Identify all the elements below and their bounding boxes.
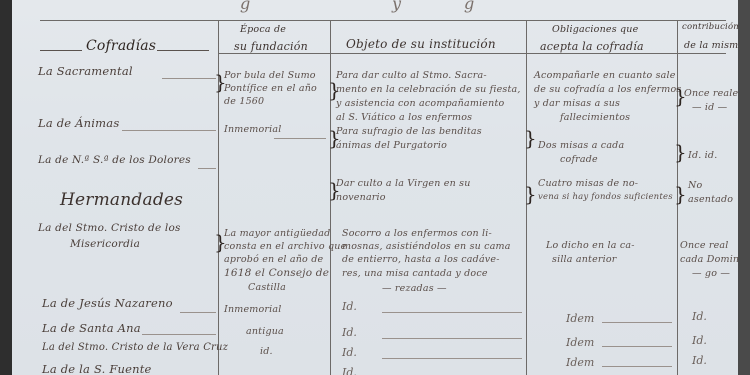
row4-contribucion-line1: Once real [680,240,729,251]
row7-objeto: Id. [342,346,357,359]
row1-obligaciones-line4: fallecimientos [560,112,630,123]
column-header-obligaciones-line1: Obligaciones que [552,24,638,35]
row4-objeto-line1: Socorro a los enfermos con li- [342,228,492,239]
row2-obligaciones-line2: cofrade [560,154,598,165]
header-flourish-left [40,50,82,51]
row6-epoca: antigua [246,326,284,337]
row1-objeto-line3: y asistencia con acompañamiento [336,98,504,109]
row1-obligaciones-line1: Acompañarle en cuanto sale [534,70,676,81]
column-header-contribucion-line2: de la misma [684,40,738,51]
fill-dash [198,168,216,169]
row3-objeto-line1: Dar culto a la Virgen en su [336,178,471,189]
header-bottom-rule [218,53,726,54]
row1-objeto-line4: al S. Viático a los enfermos [336,112,472,123]
row3-contribucion-line2: asentado [688,194,733,205]
brace-mark: } [524,128,537,148]
row1-epoca-line2: Pontífice en el año [224,83,317,94]
table-top-rule [40,20,726,21]
row1-objeto-line2: mento en la celebración de su fiesta, [336,84,521,95]
row-name-vera-cruz: La del Stmo. Cristo de la Vera Cruz [42,342,228,353]
brace-mark: } [524,184,537,204]
row4-epoca-line4: 1618 el Consejo de [224,267,329,279]
scan-right-border [738,0,750,375]
row3-objeto-line2: novenario [336,192,386,203]
row5-epoca: Inmemorial [224,304,282,315]
row5-objeto: Id. [342,300,357,313]
row1-obligaciones-line2: de su cofradía a los enfermos [534,84,681,95]
row-name-nazareno: La de Jesús Nazareno [42,296,173,310]
column-header-contribucion-line1: contribución [682,22,738,32]
column-header-cofradias: Cofradías [86,38,156,54]
row1-contribucion-line1: Once reales [684,88,738,99]
column-header-epoca-line2: su fundación [234,40,308,53]
scan-left-border [0,0,12,375]
row3-obligaciones-line2: vena si hay fondos suficientes [538,192,673,202]
row4-epoca-line5: Castilla [248,282,286,293]
row7-epoca: id. [260,346,273,357]
row2-contribucion: Id. id. [688,150,717,161]
row4-objeto-line3: de entierro, hasta a los cadáve- [342,254,500,265]
column-header-epoca-line1: Época de [240,24,286,35]
row2-objeto-line2: ánimas del Purgatorio [336,140,447,151]
row4-epoca-line1: La mayor antigüedad [224,228,330,239]
top-scrawl-1: g [240,0,250,13]
row4-epoca-line2: consta en el archivo que [224,241,346,252]
row5-obligaciones: Idem [566,312,594,325]
row4-obligaciones-line1: Lo dicho en la ca- [546,240,635,251]
row4-objeto-line5: — rezadas — [382,283,447,294]
column-header-objeto: Objeto de su institución [346,37,496,51]
brace-mark: } [674,142,687,162]
row1-objeto-line1: Para dar culto al Stmo. Sacra- [336,70,487,81]
row4-contribucion-line2: cada Domin- [680,254,738,265]
row-name-animas: La de Ánimas [38,116,119,130]
column-header-obligaciones-line2: acepta la cofradía [540,40,644,53]
row4-objeto-line2: mosnas, asistiéndolos en su cama [342,241,511,252]
row6-contribucion: Id. [692,334,707,347]
section-heading-hermandades: Hermandades [60,190,183,210]
row2-obligaciones-line1: Dos misas a cada [538,140,624,151]
row-name-santa-ana: La de Santa Ana [42,321,141,335]
row7-obligaciones: Idem [566,356,594,369]
row4-obligaciones-line2: silla anterior [552,254,617,265]
row4-contribucion-line3: — go — [692,268,730,279]
row-name-misericordia-line2: Misericordia [70,238,140,250]
row5-contribucion: Id. [692,310,707,323]
fill-dash [382,358,522,359]
fill-dash [142,334,216,335]
fill-dash [602,366,672,367]
row1-contribucion-line2: — id — [692,102,727,113]
top-scrawl-2: y [392,0,401,13]
row1-epoca-line1: Por bula del Sumo [224,70,316,81]
brace-mark: } [674,184,687,204]
row-name-fuente: La de la S. Fuente [42,362,152,375]
row-name-sacramental: La Sacramental [38,64,133,78]
fill-dash [162,78,216,79]
row4-epoca-line3: aprobó en el año de [224,254,323,265]
row6-objeto: Id. [342,326,357,339]
row-name-misericordia-line1: La del Stmo. Cristo de los [38,222,181,234]
fill-dash [180,312,216,313]
fill-dash [382,312,522,313]
fill-dash [122,130,216,131]
fill-dash [602,346,672,347]
fill-dash [382,338,522,339]
row1-obligaciones-line3: y dar misas a sus [534,98,620,109]
header-flourish-right [157,50,209,51]
row3-obligaciones-line1: Cuatro misas de no- [538,178,638,189]
fill-dash [274,138,326,139]
row8-objeto: Id. [342,366,357,375]
row2-objeto-line1: Para sufragio de las benditas [336,126,482,137]
row6-obligaciones: Idem [566,336,594,349]
row1-epoca-line3: de 1560 [224,96,264,107]
row4-objeto-line4: res, una misa cantada y doce [342,268,488,279]
row7-contribucion: Id. [692,354,707,367]
ledger-page: g y g Cofradías Época de su fundación Ob… [12,0,738,375]
row-name-dolores: La de N.ª S.ª de los Dolores [38,154,191,166]
row2-epoca: Inmemorial [224,124,282,135]
row3-contribucion-line1: No [688,180,702,191]
fill-dash [602,322,672,323]
top-scrawl-3: g [464,0,474,13]
